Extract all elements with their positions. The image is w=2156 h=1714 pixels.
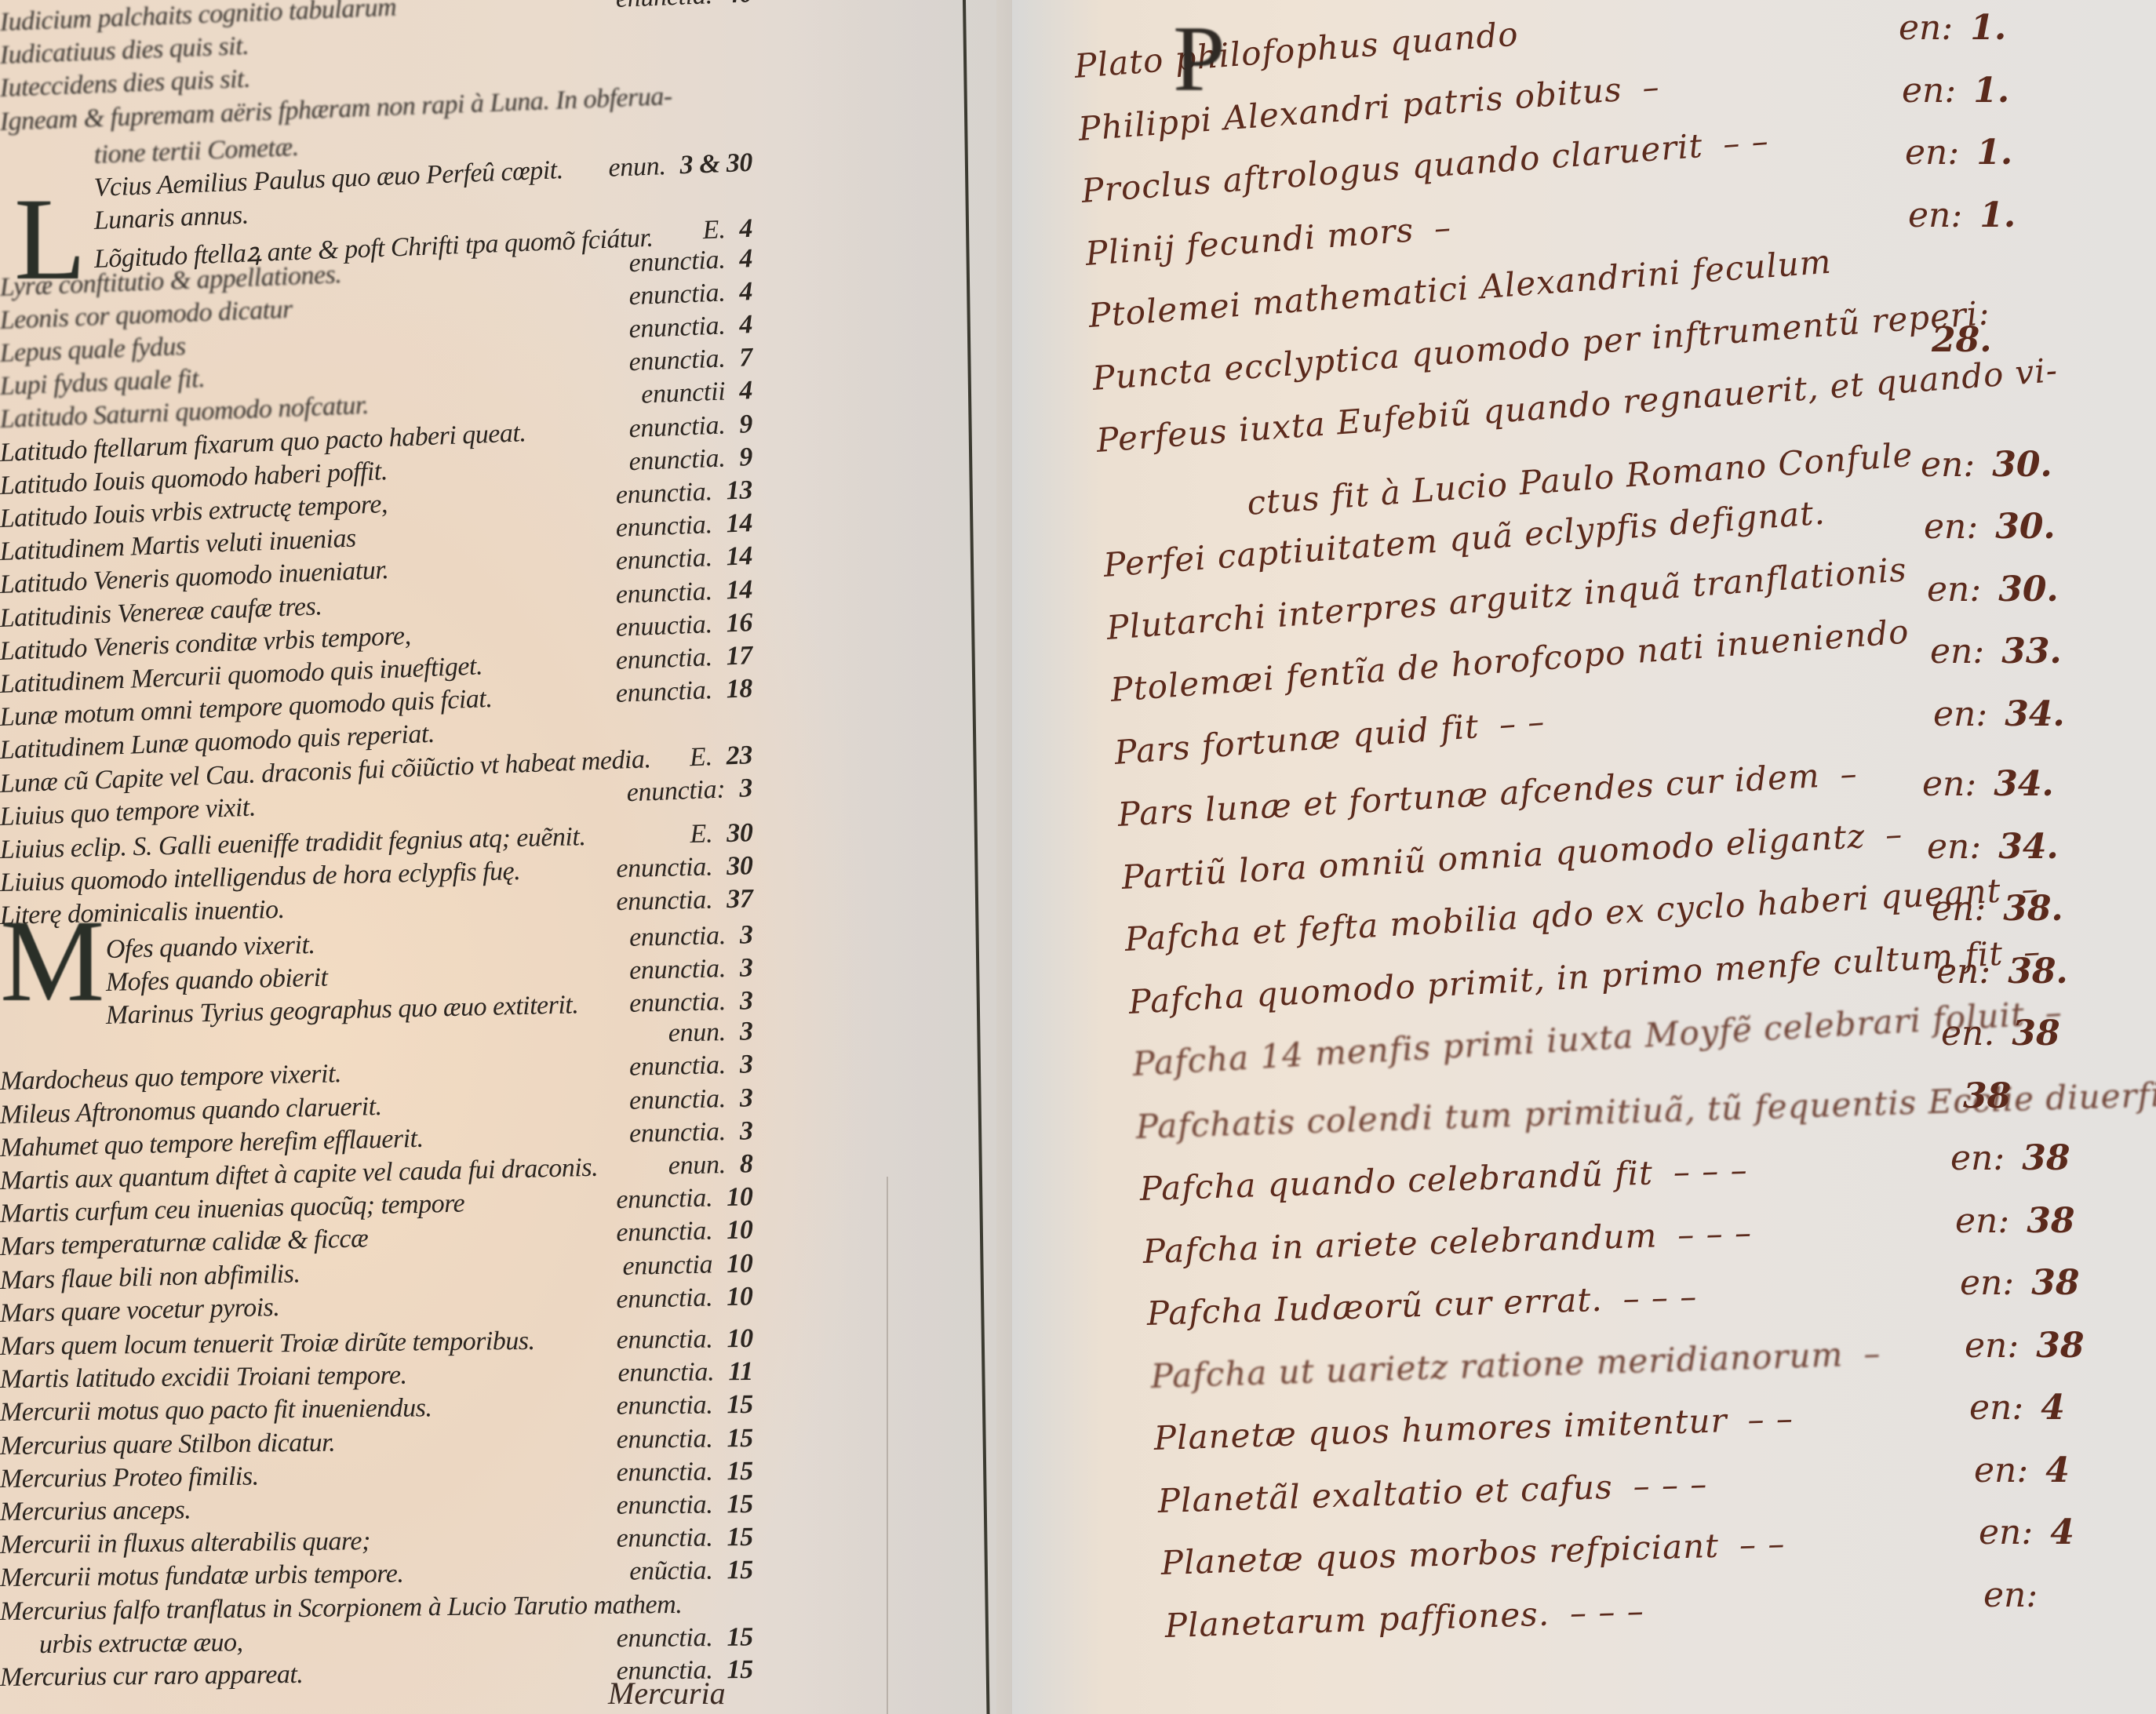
initial-letter-M: M	[0, 902, 104, 1020]
entry-reference: enunctia.3	[629, 920, 753, 953]
page-number: 10	[727, 1282, 753, 1312]
open-book: Iudicium palchaits cognitio tabularumenu…	[0, 0, 2156, 1714]
entry-reference: enunctia.15	[616, 1457, 753, 1488]
entry-reference: en:38	[1960, 1263, 2079, 1303]
leader-dash: –	[1433, 207, 1453, 246]
page-number: 3	[739, 1050, 753, 1079]
page-number: 3	[739, 986, 753, 1015]
entry-label: Mercurii motus fundatæ urbis tempore.	[0, 1559, 404, 1593]
entry-reference: en:1.	[1908, 195, 2016, 235]
page-number: 34.	[1998, 827, 2059, 867]
page-number: 4	[739, 310, 753, 340]
manuscript-index-list: Plato philofophus quandoen:1.Philippi Al…	[1012, 0, 2156, 1714]
leader-dash: – –	[1498, 701, 1546, 743]
entry-reference: en:34.	[1922, 764, 2054, 804]
leader-dash: – –	[1739, 1524, 1786, 1564]
entry-label: Mars quem locum tenuerit Troiæ dirũte te…	[0, 1326, 535, 1362]
manuscript-entry: Pars fortunæ quid fit– –	[1113, 701, 1546, 780]
page-number: 7	[739, 343, 753, 373]
entry-label: Planetãl exaltatio et cafus	[1157, 1467, 1613, 1519]
entry-reference: enunctia.3	[629, 986, 753, 1019]
page-number: 3	[739, 1116, 753, 1145]
page-number: 10	[727, 1324, 753, 1353]
entry-label: Plinij fecundi mors	[1084, 210, 1415, 273]
entry-reference: enunctia.15	[616, 1390, 753, 1421]
page-number: 1.	[1979, 195, 2016, 235]
manuscript-entry: Planetæ quos humores imitentur– –	[1153, 1399, 1794, 1466]
page-number: 28.	[1932, 320, 1992, 360]
page-number: 38	[2012, 1013, 2059, 1054]
page-number: 4	[2045, 1450, 2070, 1490]
leader-dash: – –	[1722, 122, 1771, 163]
entry-reference: E.30	[690, 818, 753, 850]
entry-reference: enunctia.15	[616, 1490, 753, 1521]
entry-label: Plato philofophus quando	[1073, 15, 1520, 86]
page-number: 4	[2050, 1512, 2074, 1552]
manuscript-entry: Planetãl exaltatio et cafus– – –	[1157, 1465, 1708, 1529]
manuscript-entry: Plinij fecundi mors–	[1084, 207, 1454, 281]
leader-dash: –	[1641, 67, 1661, 106]
page-number: 10	[727, 1182, 753, 1212]
page-number: 4	[2041, 1388, 2065, 1428]
entry-reference: enunctia:3	[626, 773, 753, 808]
page-number: 9	[739, 409, 753, 439]
page-number: 16	[726, 608, 753, 638]
entry-reference: en:	[1983, 1575, 2055, 1615]
page-number: 4	[739, 277, 753, 307]
entry-reference: en:1.	[1905, 133, 2012, 173]
leader-dash: – – –	[1673, 1151, 1748, 1192]
entry-reference: enunctia.7	[628, 343, 753, 377]
page-number: 15	[727, 1390, 753, 1419]
entry-label: Lepus quale fydus	[0, 332, 186, 369]
entry-reference: en:38	[1955, 1201, 2074, 1241]
initial-letter-P: P	[1173, 12, 1225, 106]
leader-dash: – – –	[1633, 1465, 1708, 1505]
leader-dash: –	[1839, 754, 1859, 793]
entry-label: Pafcha Iudæorũ cur errat.	[1146, 1280, 1603, 1333]
entry-reference: enunctia.15	[616, 1622, 753, 1654]
entry-label: Mercurius quare Stilbon dicatur.	[0, 1428, 335, 1461]
entry-label: Mercurius Proteo fimilis.	[0, 1461, 259, 1494]
entry-reference: enunctia.14	[615, 575, 753, 610]
page-number: 15	[727, 1655, 753, 1684]
page-number: 37	[727, 885, 753, 915]
entry-reference: enunctia.9	[628, 409, 753, 444]
entry-reference: en:30.	[1927, 570, 2059, 610]
page-number: 34.	[1994, 764, 2054, 804]
entry-reference: enunctia.13	[615, 475, 753, 511]
entry-reference: en:34.	[1933, 694, 2065, 734]
entry-label: Ofes quando vixerit.	[105, 930, 315, 965]
entry-reference: 38	[1946, 1076, 2011, 1116]
entry-reference: en:34.	[1927, 827, 2059, 867]
entry-label: Mercurius anceps.	[0, 1495, 191, 1527]
entry-reference: enũctia.15	[629, 1556, 753, 1587]
page-number: 33.	[2001, 631, 2062, 671]
entry-label: Pars fortunæ quid fit	[1113, 706, 1480, 771]
entry-label: Mercurius cur raro appareat.	[0, 1660, 304, 1693]
entry-reference: en:38.	[1936, 952, 2068, 992]
page-number: 38	[1963, 1076, 2011, 1116]
page-number: 1.	[1976, 133, 2012, 173]
entry-reference: enunctia.10	[616, 1324, 753, 1356]
page-number: 38	[2036, 1326, 2084, 1366]
page-number: 18	[726, 674, 753, 704]
entry-label: urbis extructæ æuo,	[39, 1628, 243, 1660]
entry-reference: en:38	[1965, 1326, 2084, 1366]
entry-reference: enunctia.15	[616, 1424, 753, 1455]
manuscript-entry: Pafcha ut uarietz ratione meridianorum–	[1150, 1334, 1881, 1403]
page-number: 38	[2022, 1138, 2070, 1178]
entry-reference: enunctia.14	[615, 508, 753, 544]
entry-reference: E.4	[702, 214, 753, 246]
manuscript-entry: Pafcha quando celebrandũ fit– – –	[1139, 1151, 1749, 1217]
page-number: 14	[726, 542, 753, 572]
page-number: 15	[727, 1424, 753, 1453]
page-number: 14	[726, 575, 753, 605]
entry-reference: en:38	[1950, 1138, 2070, 1178]
entry-label: Planetæ quos morbos refpiciant	[1160, 1527, 1720, 1582]
entry-label: Mofes quando obierit	[105, 963, 328, 997]
entry-reference: enunctia.4	[628, 310, 753, 344]
page-number: 15	[727, 1457, 753, 1486]
entry-label: Pafcha in ariete celebrandum	[1142, 1216, 1658, 1271]
leader-dash: –	[1863, 1334, 1881, 1373]
entry-reference: enunctia.4	[628, 244, 753, 278]
page-number: 3	[739, 1083, 753, 1112]
page-number: 3 & 30	[679, 148, 753, 180]
page-number: 34.	[2005, 694, 2065, 734]
entry-label: Mercurii in fluxus alterabilis quare;	[0, 1527, 370, 1560]
entry-label: Pafcha ut uarietz ratione meridianorum	[1150, 1335, 1844, 1396]
page-number: 30	[727, 818, 753, 848]
page-number: 30.	[1995, 507, 2056, 547]
page-number: 10	[727, 1249, 753, 1279]
page-number: 1.	[1970, 8, 2006, 48]
page-number: 4	[739, 244, 753, 274]
page-number: 11	[728, 1357, 753, 1386]
entry-reference: enunctia.15	[616, 1523, 753, 1554]
entry-reference: E.23	[689, 741, 752, 773]
manuscript-entry: Planetæ quos morbos refpiciant– –	[1160, 1524, 1786, 1591]
page-number: 8	[739, 1149, 753, 1178]
entry-reference: en:4	[1979, 1512, 2074, 1552]
manuscript-entry: Planetarum paffiones.– – –	[1164, 1591, 1645, 1653]
entry-label: Mercurii motus quo pacto fit inueniendus…	[0, 1394, 432, 1428]
entry-label: Planetæ quos humores imitentur	[1153, 1401, 1728, 1457]
page-number: 38.	[2003, 889, 2063, 929]
page-number: 38	[2027, 1201, 2074, 1241]
page-number: 15	[727, 1490, 753, 1519]
leader-dash: – – –	[1622, 1277, 1698, 1318]
entry-reference: enunctia.37	[616, 885, 753, 918]
entry-reference: enunctia10	[622, 1249, 753, 1282]
entry-reference: enunctia.3	[629, 1116, 753, 1149]
page-number: 38.	[2008, 952, 2068, 992]
page-number: 3	[739, 1017, 753, 1046]
entry-label: Martis latitudo excidii Troiani tempore.	[0, 1361, 407, 1395]
entry-reference: enunctia.10	[616, 1282, 753, 1315]
left-printed-page: Iudicium palchaits cognitio tabularumenu…	[0, 0, 996, 1714]
entry-label: Lunaris annus.	[93, 201, 249, 237]
entry-reference: enun.3 & 30	[608, 148, 753, 184]
page-number: 38	[2031, 1263, 2079, 1303]
page-number: 10	[727, 1216, 753, 1246]
entry-reference: enunctia.9	[628, 442, 753, 477]
entry-reference: enunctia.17	[615, 641, 753, 676]
entry-reference: enunctia.3	[629, 1050, 753, 1083]
printed-index-list: Iudicium palchaits cognitio tabularumenu…	[0, 0, 785, 1714]
page-number: 3	[739, 920, 753, 949]
page-number: 30	[727, 851, 753, 881]
entry-reference: en:38.	[1932, 889, 2063, 929]
right-manuscript-page: Plato philofophus quandoen:1.Philippi Al…	[1012, 0, 2156, 1714]
page-number: 23	[726, 741, 753, 770]
entry-reference: enunctii4	[641, 377, 753, 410]
entry-reference: enuuctia.16	[615, 608, 753, 643]
leader-dash: –	[1885, 814, 1904, 853]
entry-reference: enunctia.10	[616, 1182, 753, 1215]
page-number: 15	[727, 1556, 753, 1585]
catchword: Mercuria	[608, 1675, 726, 1712]
page-number: 13	[726, 475, 753, 505]
entry-reference: enunctia.14	[615, 542, 753, 577]
entry-reference: enunctia.30	[616, 851, 753, 884]
page-fold	[887, 1177, 888, 1714]
entry-reference: 28.	[1914, 320, 1992, 360]
page-number: 17	[726, 641, 753, 671]
entry-reference: en:1.	[1899, 8, 2006, 48]
page-number: 4	[739, 377, 753, 406]
entry-reference: enunctia.3	[629, 953, 753, 986]
page-number: 30.	[1992, 445, 2052, 485]
entry-reference: enunctia.4	[628, 277, 753, 311]
entry-reference: enunctia.3	[629, 1083, 753, 1116]
entry-reference: en:1.	[1902, 71, 2009, 111]
entry-label: Mardocheus quo tempore vixerit.	[0, 1060, 341, 1097]
page-number: 15	[727, 1523, 753, 1552]
entry-reference: enunctia.10	[616, 1216, 753, 1249]
entry-reference: enunctia.18	[615, 674, 753, 709]
entry-label: Mars flaue bili non abfimilis.	[0, 1259, 300, 1296]
entry-reference: en:30.	[1921, 445, 2052, 485]
entry-reference: en:30.	[1924, 507, 2056, 547]
entry-label: Pafcha quando celebrandũ fit	[1139, 1153, 1654, 1208]
entry-reference: en:4	[1969, 1388, 2065, 1428]
page-number: 3	[739, 773, 753, 803]
manuscript-entry: Pafcha Iudæorũ cur errat.– – –	[1146, 1277, 1698, 1341]
leader-dash: – –	[1747, 1399, 1794, 1439]
manuscript-entry: Pafcha in ariete celebrandum– – –	[1142, 1213, 1753, 1279]
entry-reference: en:4	[1974, 1450, 2070, 1490]
page-number: 40	[726, 0, 753, 9]
page-number: 4	[739, 214, 753, 244]
entry-reference: enun.8	[668, 1149, 753, 1181]
page-number: 3	[739, 953, 753, 982]
page-number: 15	[727, 1622, 753, 1651]
page-number: 1.	[1973, 71, 2009, 111]
entry-reference: en.38	[1941, 1013, 2060, 1054]
entry-label: Planetarum paffiones.	[1164, 1594, 1550, 1644]
leader-dash: – – –	[1569, 1591, 1644, 1632]
entry-label: Mars quare vocetur pyrois.	[0, 1293, 280, 1329]
page-number: 14	[726, 508, 753, 538]
initial-letter-L: L	[14, 180, 86, 298]
entry-reference: en:33.	[1930, 631, 2062, 671]
leader-dash: – – –	[1677, 1213, 1753, 1254]
entry-reference: enunctia.11	[617, 1357, 753, 1388]
page-number: 9	[739, 442, 753, 472]
page-number: 30.	[1998, 570, 2059, 610]
entry-reference: enun.3	[668, 1017, 753, 1048]
